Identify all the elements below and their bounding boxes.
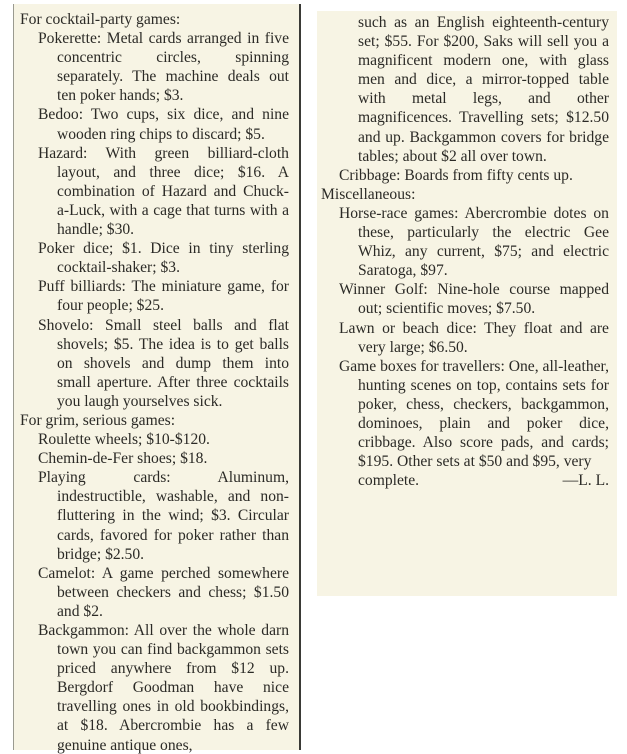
- entry-label: Roulette wheels;: [38, 431, 142, 448]
- entry-bedoo: Bedoo: Two cups, six dice, and nine wood…: [20, 105, 289, 143]
- entry-cribbage: Cribbage: Boards from fifty cents up.: [321, 166, 609, 185]
- entry-pokerette: Pokerette: Metal cards arranged in five …: [20, 29, 289, 105]
- entry-shovelo: Shovelo: Small steel balls and flat shov…: [20, 316, 289, 411]
- entry-text: Two cups, six dice, and nine wooden ring…: [57, 106, 289, 142]
- right-column: such as an English eighteenth-century se…: [317, 11, 617, 596]
- entry-puff-billiards: Puff billiards: The miniature game, for …: [20, 277, 289, 315]
- entry-label: Poker dice;: [38, 240, 113, 257]
- section-heading-cocktail-party: For cocktail-party games:: [20, 10, 289, 29]
- entry-winner-golf: Winner Golf: Nine-hole course mapped out…: [321, 280, 609, 318]
- entry-horse-race-games: Horse-race games: Abercrombie dotes on t…: [321, 204, 609, 280]
- entry-label: Winner Golf:: [339, 281, 428, 298]
- entry-label: Horse-race games:: [339, 205, 458, 222]
- entry-label: Playing cards:: [38, 469, 171, 486]
- entry-backgammon: Backgammon: All over the whole darn town…: [20, 621, 289, 754]
- entry-game-boxes: Game boxes for travellers: One, all-leat…: [321, 357, 609, 472]
- section-heading-serious-games: For grim, serious games:: [20, 411, 289, 430]
- entry-label: Cribbage:: [339, 167, 401, 184]
- entry-roulette-wheels: Roulette wheels; $10-$120.: [20, 430, 289, 449]
- entry-poker-dice: Poker dice; $1. Dice in tiny sterling co…: [20, 239, 289, 277]
- entry-camelot: Camelot: A game perched somewhere betwee…: [20, 564, 289, 621]
- entry-text: $10-$120.: [146, 431, 210, 448]
- section-heading-miscellaneous: Miscellaneous:: [321, 185, 609, 204]
- left-column: For cocktail-party games: Pokerette: Met…: [13, 4, 301, 750]
- entry-hazard: Hazard: With green billiard-cloth layout…: [20, 144, 289, 239]
- entry-label: Chemin-de-Fer shoes;: [38, 450, 176, 467]
- entry-chemin-de-fer: Chemin-de-Fer shoes; $18.: [20, 449, 289, 468]
- closing-word: complete.: [358, 471, 419, 490]
- entry-lawn-beach-dice: Lawn or beach dice: They float and are v…: [321, 319, 609, 357]
- entry-label: Game boxes for travellers:: [339, 358, 505, 375]
- entry-label: Pokerette:: [38, 30, 101, 47]
- entry-label: Lawn or beach dice:: [339, 320, 477, 337]
- entry-text: $18.: [180, 450, 207, 467]
- entry-label: Shovelo:: [38, 317, 93, 334]
- entry-text: All over the whole darn town you can fin…: [57, 622, 289, 754]
- entry-backgammon-continued: such as an English eighteenth-century se…: [321, 13, 609, 166]
- entry-label: Camelot:: [38, 565, 95, 582]
- entry-label: Bedoo:: [38, 106, 83, 123]
- author-signature: —L. L.: [563, 471, 609, 490]
- entry-text: With green billiard-cloth layout, and th…: [57, 145, 289, 238]
- entry-playing-cards: Playing cards: Aluminum, indestructible,…: [20, 468, 289, 563]
- entry-label: Puff billiards:: [38, 278, 126, 295]
- entry-text: Boards from fifty cents up.: [404, 167, 572, 184]
- entry-label: Backgammon:: [38, 622, 129, 639]
- entry-label: Hazard:: [38, 145, 87, 162]
- closing-line: complete. —L. L.: [321, 471, 609, 490]
